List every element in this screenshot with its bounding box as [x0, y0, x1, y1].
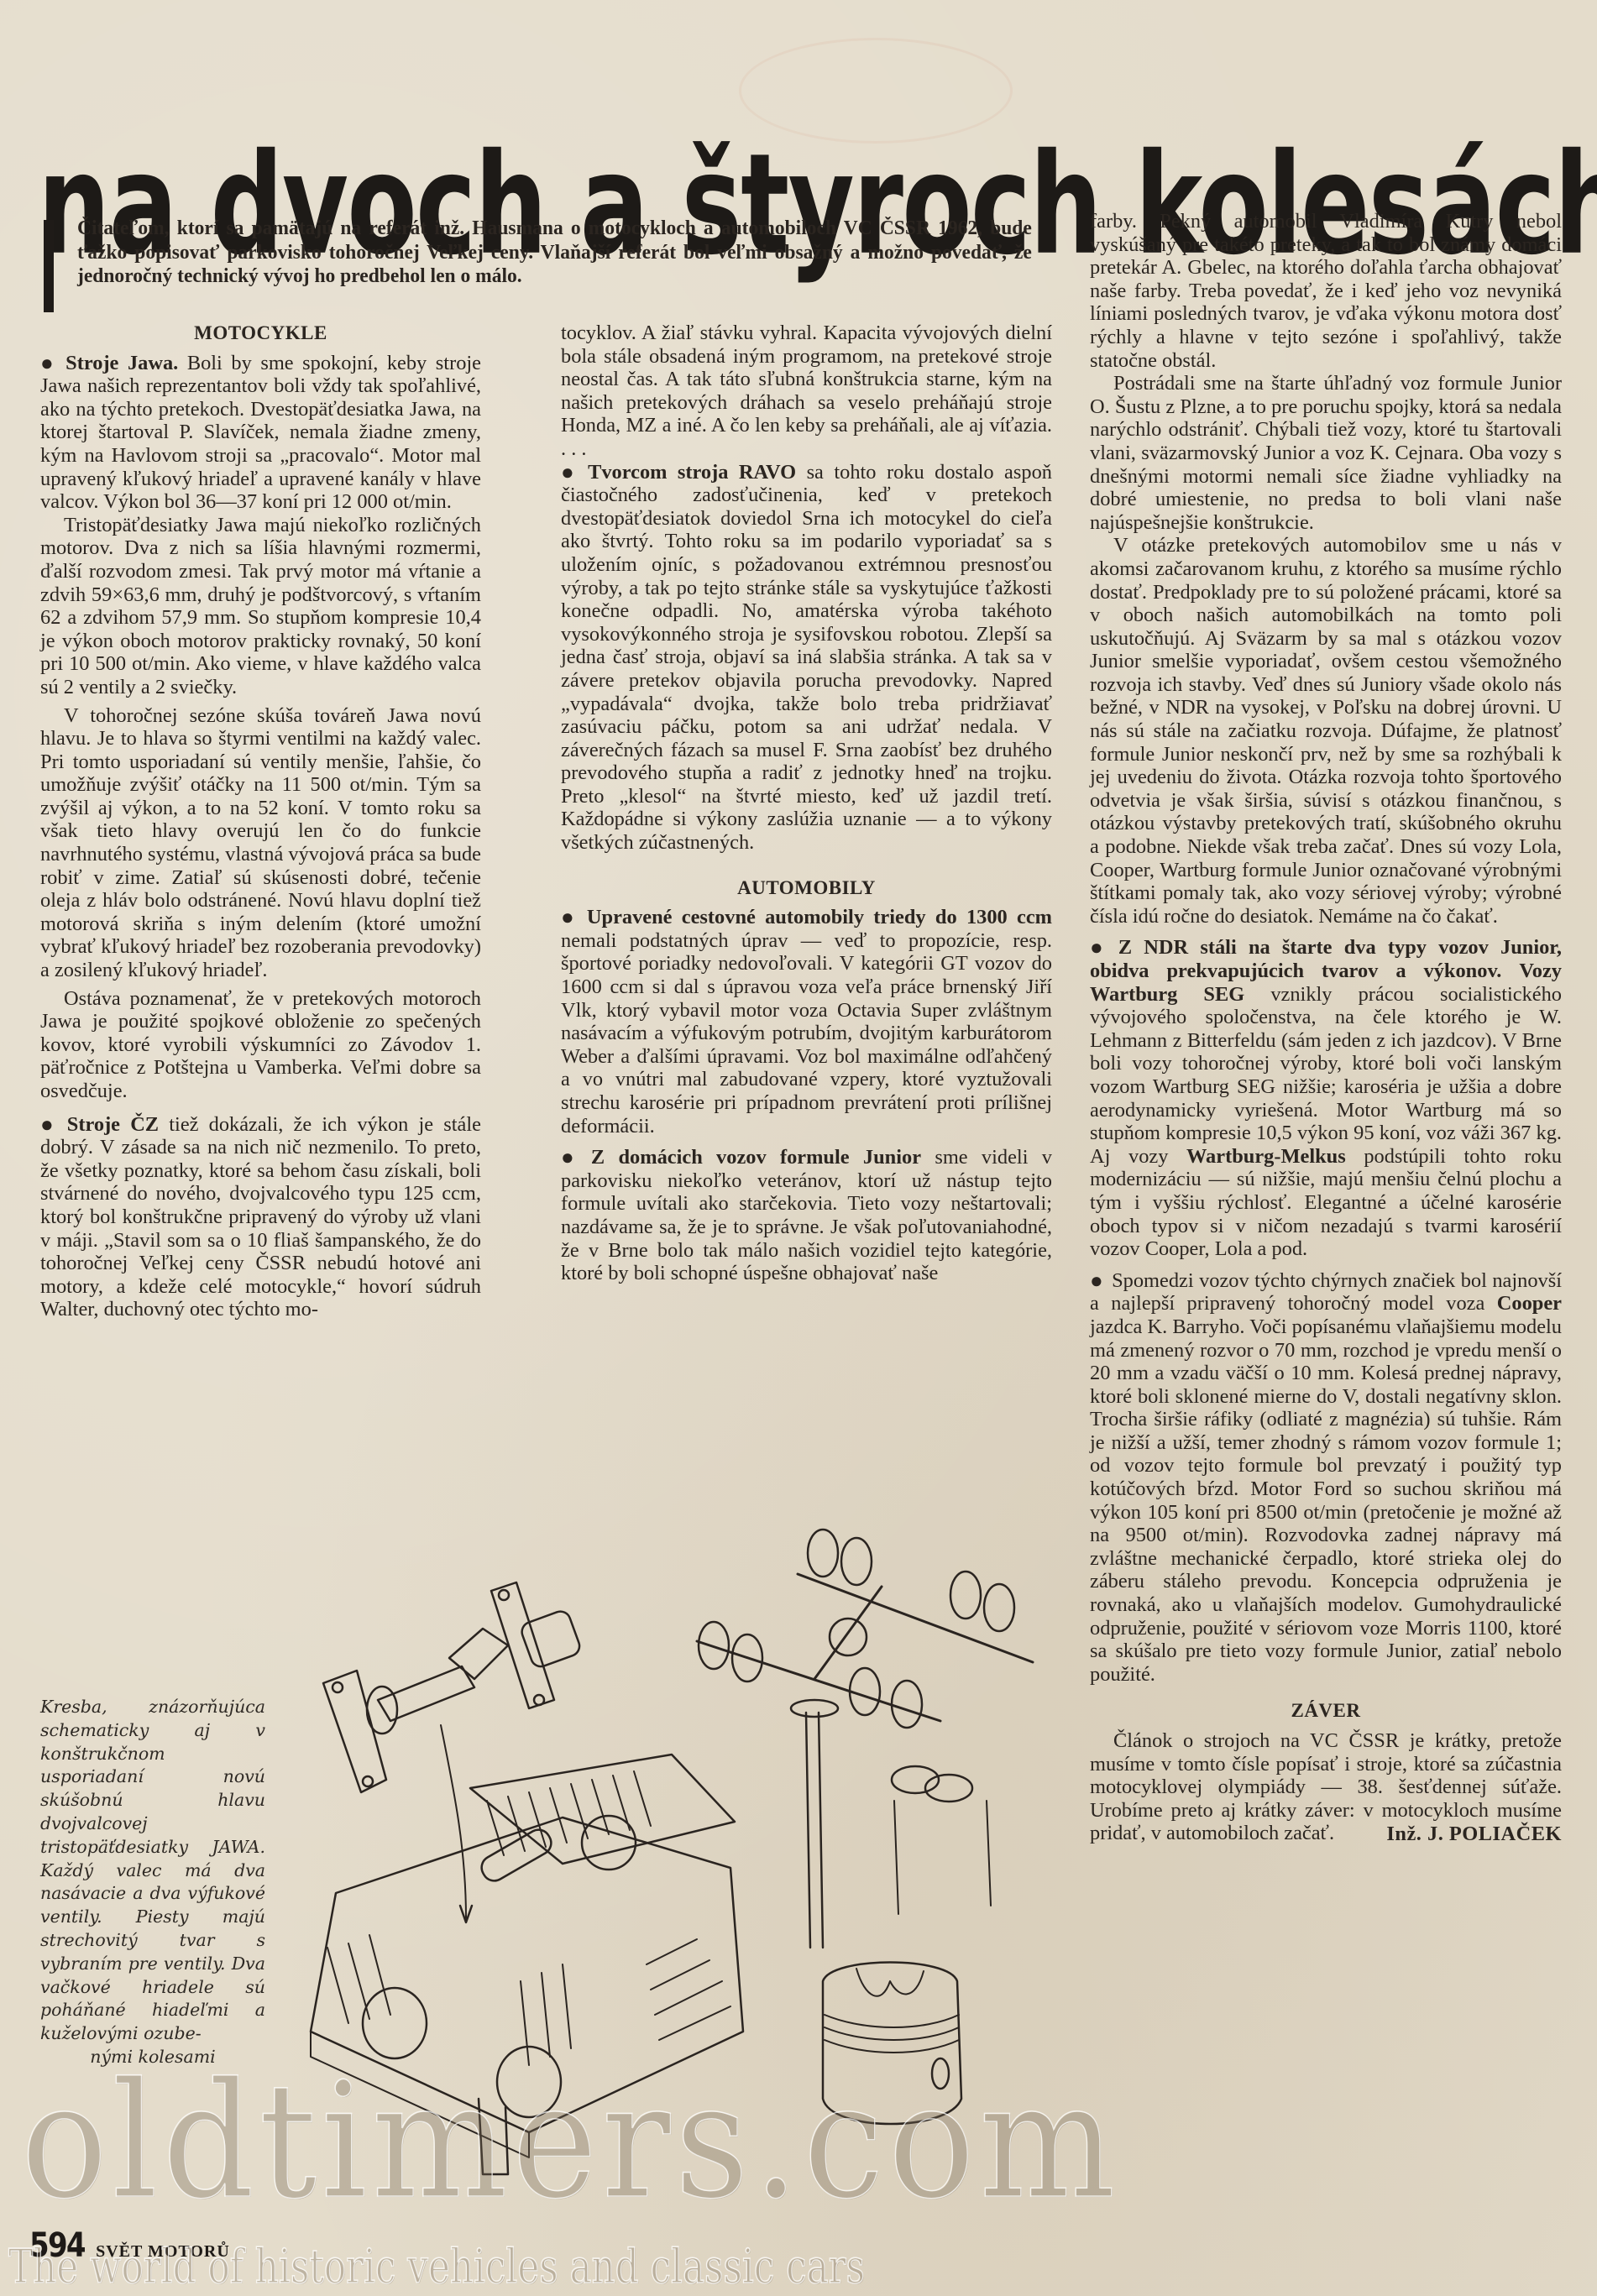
bullet-icon: ●: [1090, 1268, 1103, 1293]
text: sa tohto roku dostalo aspoň čiastočného …: [561, 461, 1052, 855]
text: Spomedzi vozov týchto chýrnych značiek b…: [1090, 1269, 1562, 1315]
section-heading-automobily: AUTOMOBILY: [561, 876, 1052, 900]
paragraph-junior: ●Z domácich vozov formule Junior sme vid…: [561, 1146, 1052, 1285]
lede-paragraph: Čitateľom, ktorí sa pamätajú na referát …: [77, 217, 1032, 289]
text: jazdca K. Barryho. Voči popísanému vlaňa…: [1090, 1315, 1562, 1686]
paragraph-jawa-4: Ostáva poznamenať, že v pretekových moto…: [40, 987, 481, 1103]
bold-cooper: Cooper: [1497, 1292, 1562, 1315]
paragraph-cooper: ●Spomedzi vozov týchto chýrnych značiek …: [1090, 1269, 1562, 1687]
section-heading-motocykle: MOTOCYKLE: [40, 322, 481, 345]
column-1: MOTOCYKLE ●Stroje Jawa. Boli by sme spok…: [40, 322, 481, 1321]
magazine-name: SVĚT MOTORŮ: [96, 2242, 230, 2261]
page-footer: 594 SVĚT MOTORŮ: [29, 2226, 230, 2265]
bullet-icon: ●: [1090, 935, 1110, 960]
text: Boli by sme spokojní, keby stroje Jawa n…: [40, 352, 481, 514]
paragraph-sustu: Postrádali sme na štarte úhľadný voz for…: [1090, 372, 1562, 534]
paragraph-touring: ●Upravené cestovné automobily triedy do …: [561, 906, 1052, 1138]
caption-last-line: nými kolesami: [40, 2046, 265, 2069]
column-3: farby. Pekný automobil Vladimíra Kutry n…: [1090, 210, 1562, 1846]
section-heading-zaver: ZÁVER: [1090, 1699, 1562, 1723]
caption-text: Kresba, znázorňujúca schematicky aj v ko…: [40, 1697, 265, 2043]
lead-in-junior: Z domácich vozov formule Junior: [591, 1146, 921, 1169]
text: vznikly prácou socialistického vývojovéh…: [1090, 983, 1562, 1168]
paragraph-cz: ●Stroje ČZ tiež dokázali, že ich výkon j…: [40, 1113, 481, 1321]
lead-in-jawa: Stroje Jawa.: [65, 352, 178, 374]
paragraph-ndr: ●Z NDR stáli na štarte dva typy vozov Ju…: [1090, 936, 1562, 1260]
rocker-arm-icon: [323, 1582, 582, 1922]
bullet-icon: ●: [561, 905, 579, 929]
bullet-icon: ●: [40, 351, 57, 375]
lede-rule: [44, 220, 54, 312]
lead-in-touring: Upravené cestovné automobily triedy do 1…: [587, 906, 1052, 928]
column-2: tocyklov. A žiaľ stávku vyhral. Kapacita…: [561, 322, 1052, 1285]
bullet-icon: ●: [561, 1145, 583, 1169]
bullet-icon: ●: [561, 460, 579, 484]
text: tiež dokázali, že ich výkon je stále dob…: [40, 1113, 481, 1321]
paragraph-jawa-1: ●Stroje Jawa. Boli by sme spokojní, keby…: [40, 352, 481, 514]
paragraph-otazka: V otázke pretekových automobilov sme u n…: [1090, 534, 1562, 928]
bullet-icon: ●: [40, 1112, 59, 1137]
illustration-caption: Kresba, znázorňujúca schematicky aj v ko…: [40, 1696, 265, 2069]
piston-icon: [823, 1963, 961, 2125]
paragraph-jawa-3: V tohoročnej sezóne skúša továreň Jawa n…: [40, 704, 481, 982]
lead-in-ndr: Z NDR stáli na štarte dva typy vozov Jun…: [1090, 936, 1562, 982]
camshaft-icon: [697, 1530, 1033, 1948]
lead-in-ravo: Tvorcom stroja RAVO: [588, 461, 796, 484]
paragraph-cz-continued: tocyklov. A žiaľ stávku vyhral. Kapacita…: [561, 322, 1052, 461]
lead-in-cz: Stroje ČZ: [67, 1113, 159, 1136]
cylinder-head-icon: [311, 1755, 743, 2174]
text: nemali podstatných úprav — veď to propoz…: [561, 929, 1052, 1138]
paragraph-jawa-2: Tristopäťdesiatky Jawa majú niekoľko roz…: [40, 514, 481, 699]
engine-illustration: [277, 1511, 1075, 2183]
paragraph-junior-continued: farby. Pekný automobil Vladimíra Kutry n…: [1090, 210, 1562, 372]
paragraph-ravo: ●Tvorcom stroja RAVO sa tohto roku dosta…: [561, 461, 1052, 855]
bold-wartburg-melkus: Wartburg-Melkus: [1186, 1145, 1346, 1168]
page-number: 594: [29, 2226, 85, 2265]
